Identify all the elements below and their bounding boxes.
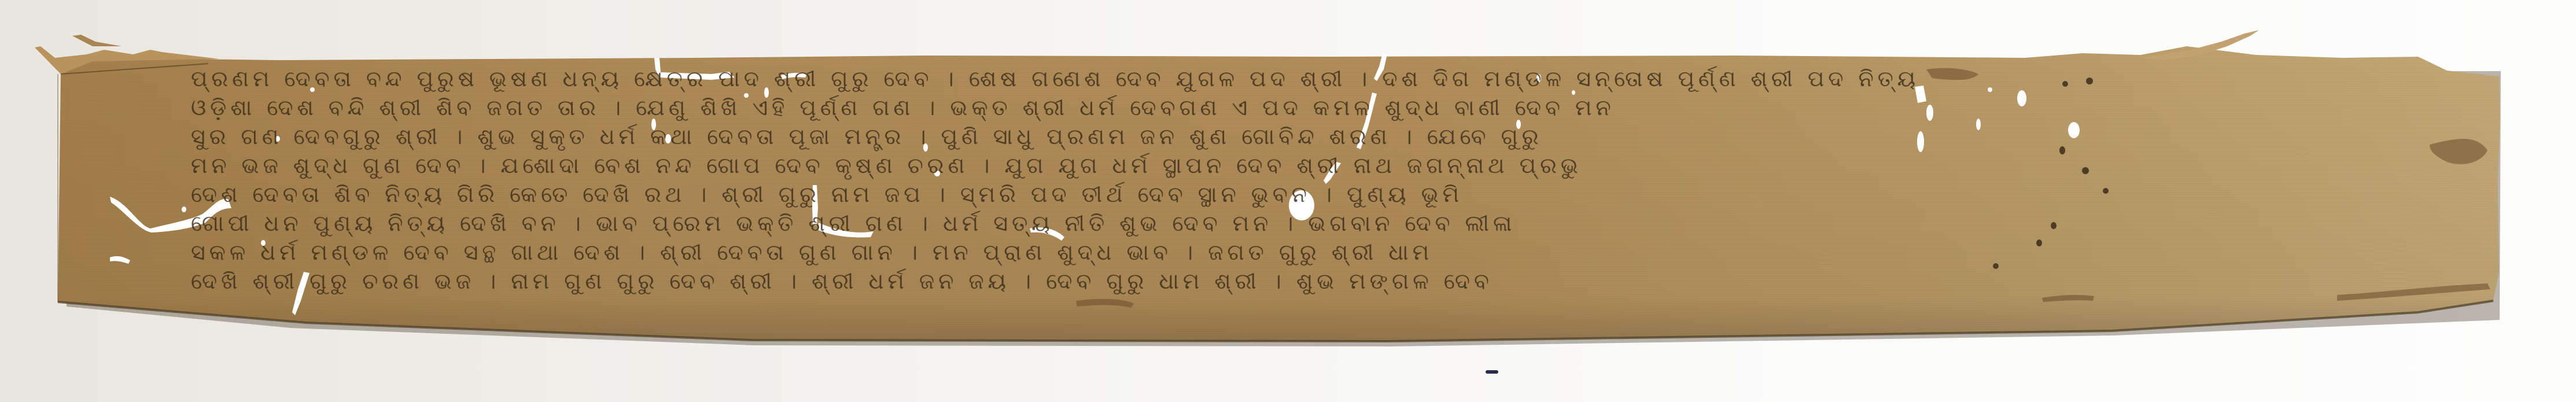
- manuscript-line-1: ପ୍ରଣମ ଦେବତା ବନ୍ଦ ପୁରୁଷ ଭୂଷଣ ଧନ୍ୟ କ୍ଷେତ୍ର…: [191, 64, 1919, 94]
- manuscript-photo: ପ୍ରଣମ ଦେବତା ବନ୍ଦ ପୁରୁଷ ଭୂଷଣ ଧନ୍ୟ କ୍ଷେତ୍ର…: [0, 0, 2576, 402]
- manuscript-line-8: ଦେଖି ଶ୍ରୀ ଗୁରୁ ଚରଣ ଭଜ । ନାମ ଗୁଣ ଗୁରୁ ଦେବ…: [191, 266, 1493, 296]
- manuscript-line-2: ଓଡ଼ିଶା ଦେଶ ବନ୍ଦି ଶ୍ରୀ ଶିବ ଜଗତ ତାର । ଯେଣୁ…: [191, 93, 1615, 123]
- manuscript-line-5: ଦେଶ ଦେବତା ଶିବ ନିତ୍ୟ ଗିରି କେତେ ଦେଖି ରଥ । …: [191, 179, 1463, 209]
- manuscript-text-block: ପ୍ରଣମ ଦେବତା ବନ୍ଦ ପୁରୁଷ ଭୂଷଣ ଧନ୍ୟ କ୍ଷେତ୍ର…: [191, 64, 2378, 318]
- manuscript-line-6: ଗୋପୀ ଧନ ପୁଣ୍ୟ ନିତ୍ୟ ଦେଖି ବନ । ଭାବ ପ୍ରେମ …: [191, 208, 1516, 238]
- manuscript-line-7: ସକଳ ଧର୍ମ ମଣ୍ଡଳ ଦେବ ସନ୍ଥ ଗାଥା ଦେଶ । ଶ୍ରୀ …: [191, 237, 1433, 267]
- manuscript-line-4: ମନ ଭଜ ଶୁଦ୍ଧ ଗୁଣ ଦେବ । ଯଶୋଦା ବେଶ ନନ୍ଦ ଗୋପ…: [191, 150, 1582, 180]
- manuscript-line-3: ସୁର ଗଣ ଦେବଗୁରୁ ଶ୍ରୀ । ଶୁଭ ସୁକୃତ ଧର୍ମ କଥା…: [191, 121, 1543, 152]
- ink-dash-mark: [1486, 370, 1498, 374]
